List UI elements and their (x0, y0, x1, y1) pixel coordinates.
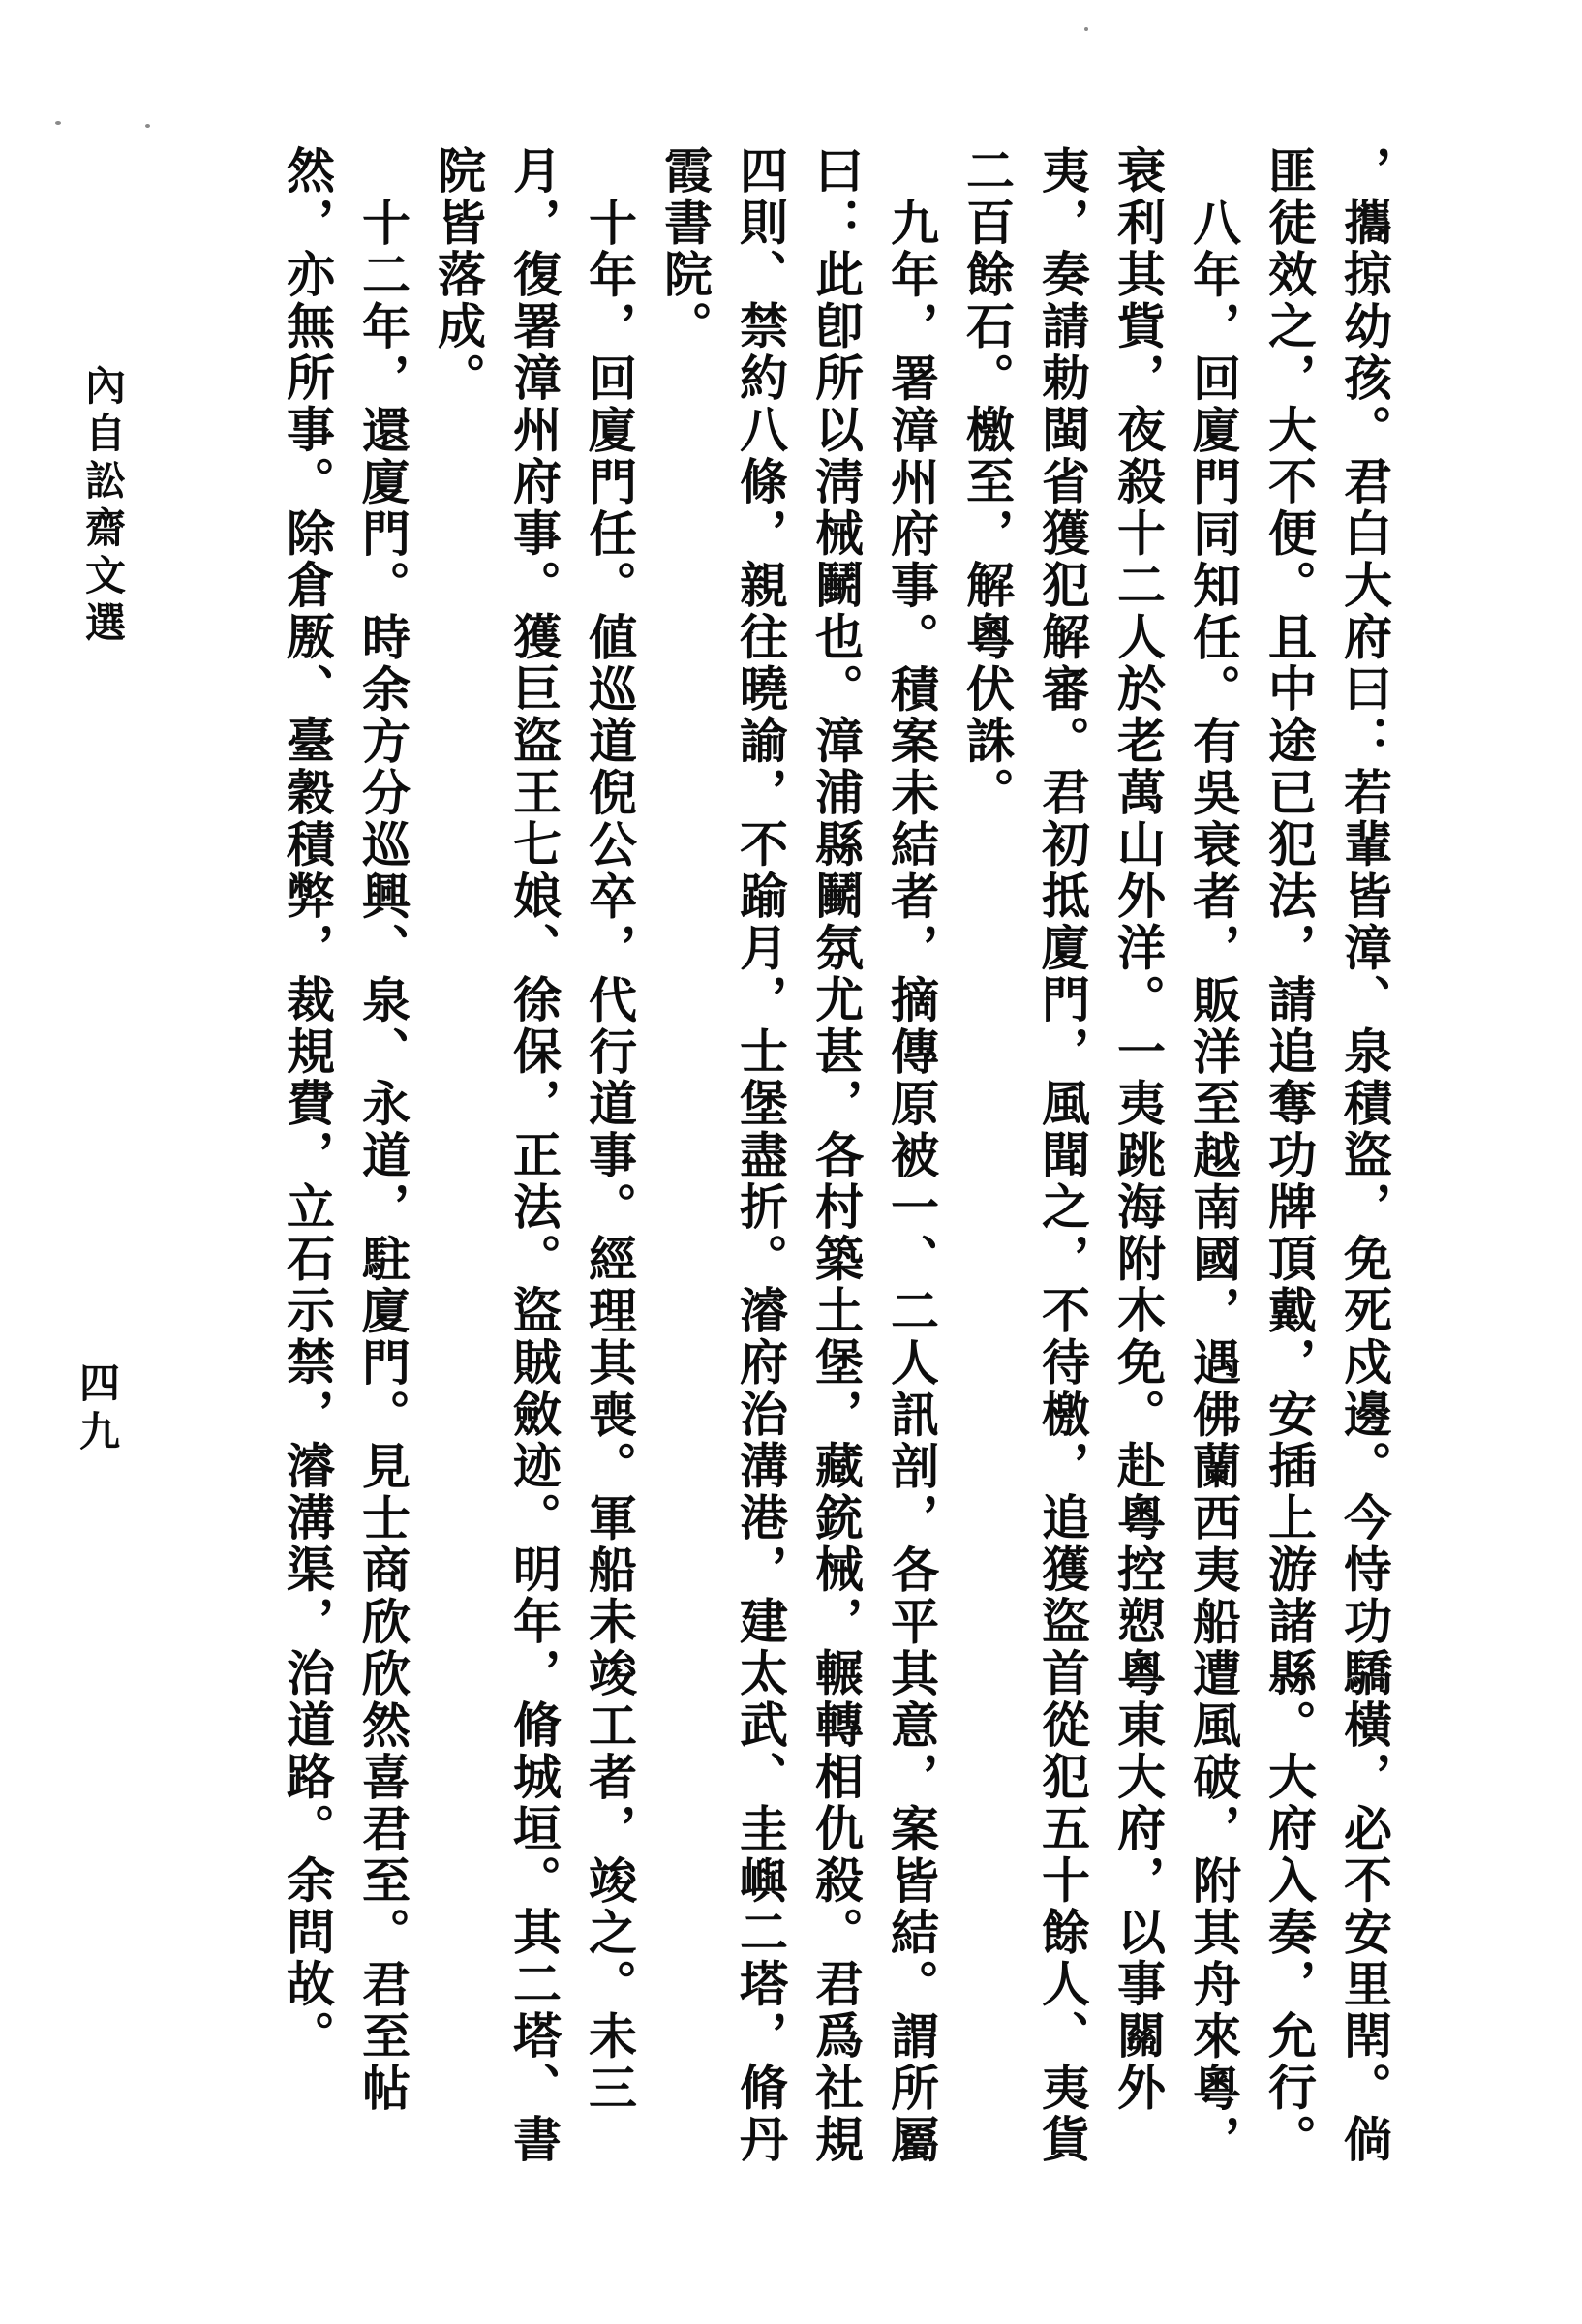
book-title-margin: 內自訟齋文選 (74, 364, 132, 649)
paragraph-year-10: 十年，回廈門任。値巡道倪公卒，代行道事。經理其喪。軍船未竣工者，竣之。未三月，復… (420, 145, 647, 2169)
main-text-block: ，攜掠幼孩。君白大府曰：若輩皆漳、泉積盜，免死戍邊。今恃功驕橫，必不安里閈。倘匪… (269, 145, 1402, 2169)
scan-speck (55, 121, 61, 125)
paragraph-year-12: 十二年，還廈門。時余方分巡興、泉、永道，駐廈門。見士商欣欣然喜君至。君至帖然，亦… (269, 145, 420, 2169)
paragraph-year-9: 九年，署漳州府事。積案未結者，摘傳原被一、二人訊剖，各平其意，案皆結。謂所屬曰：… (647, 145, 949, 2169)
paragraph-continuation: ，攜掠幼孩。君白大府曰：若輩皆漳、泉積盜，免死戍邊。今恃功驕橫，必不安里閈。倘匪… (1251, 145, 1402, 2169)
paragraph-year-8: 八年，回廈門同知任。有吳衰者，販洋至越南國，遇佛蘭西夷船遭風破，附其舟來粵，衰利… (949, 145, 1251, 2169)
page-number: 四九 (68, 1361, 126, 1458)
scan-speck (1084, 27, 1088, 31)
scan-speck (145, 124, 150, 128)
book-page-scan: 內自訟齋文選 四九 ，攜掠幼孩。君白大府曰：若輩皆漳、泉積盜，免死戍邊。今恃功驕… (0, 0, 1582, 2324)
